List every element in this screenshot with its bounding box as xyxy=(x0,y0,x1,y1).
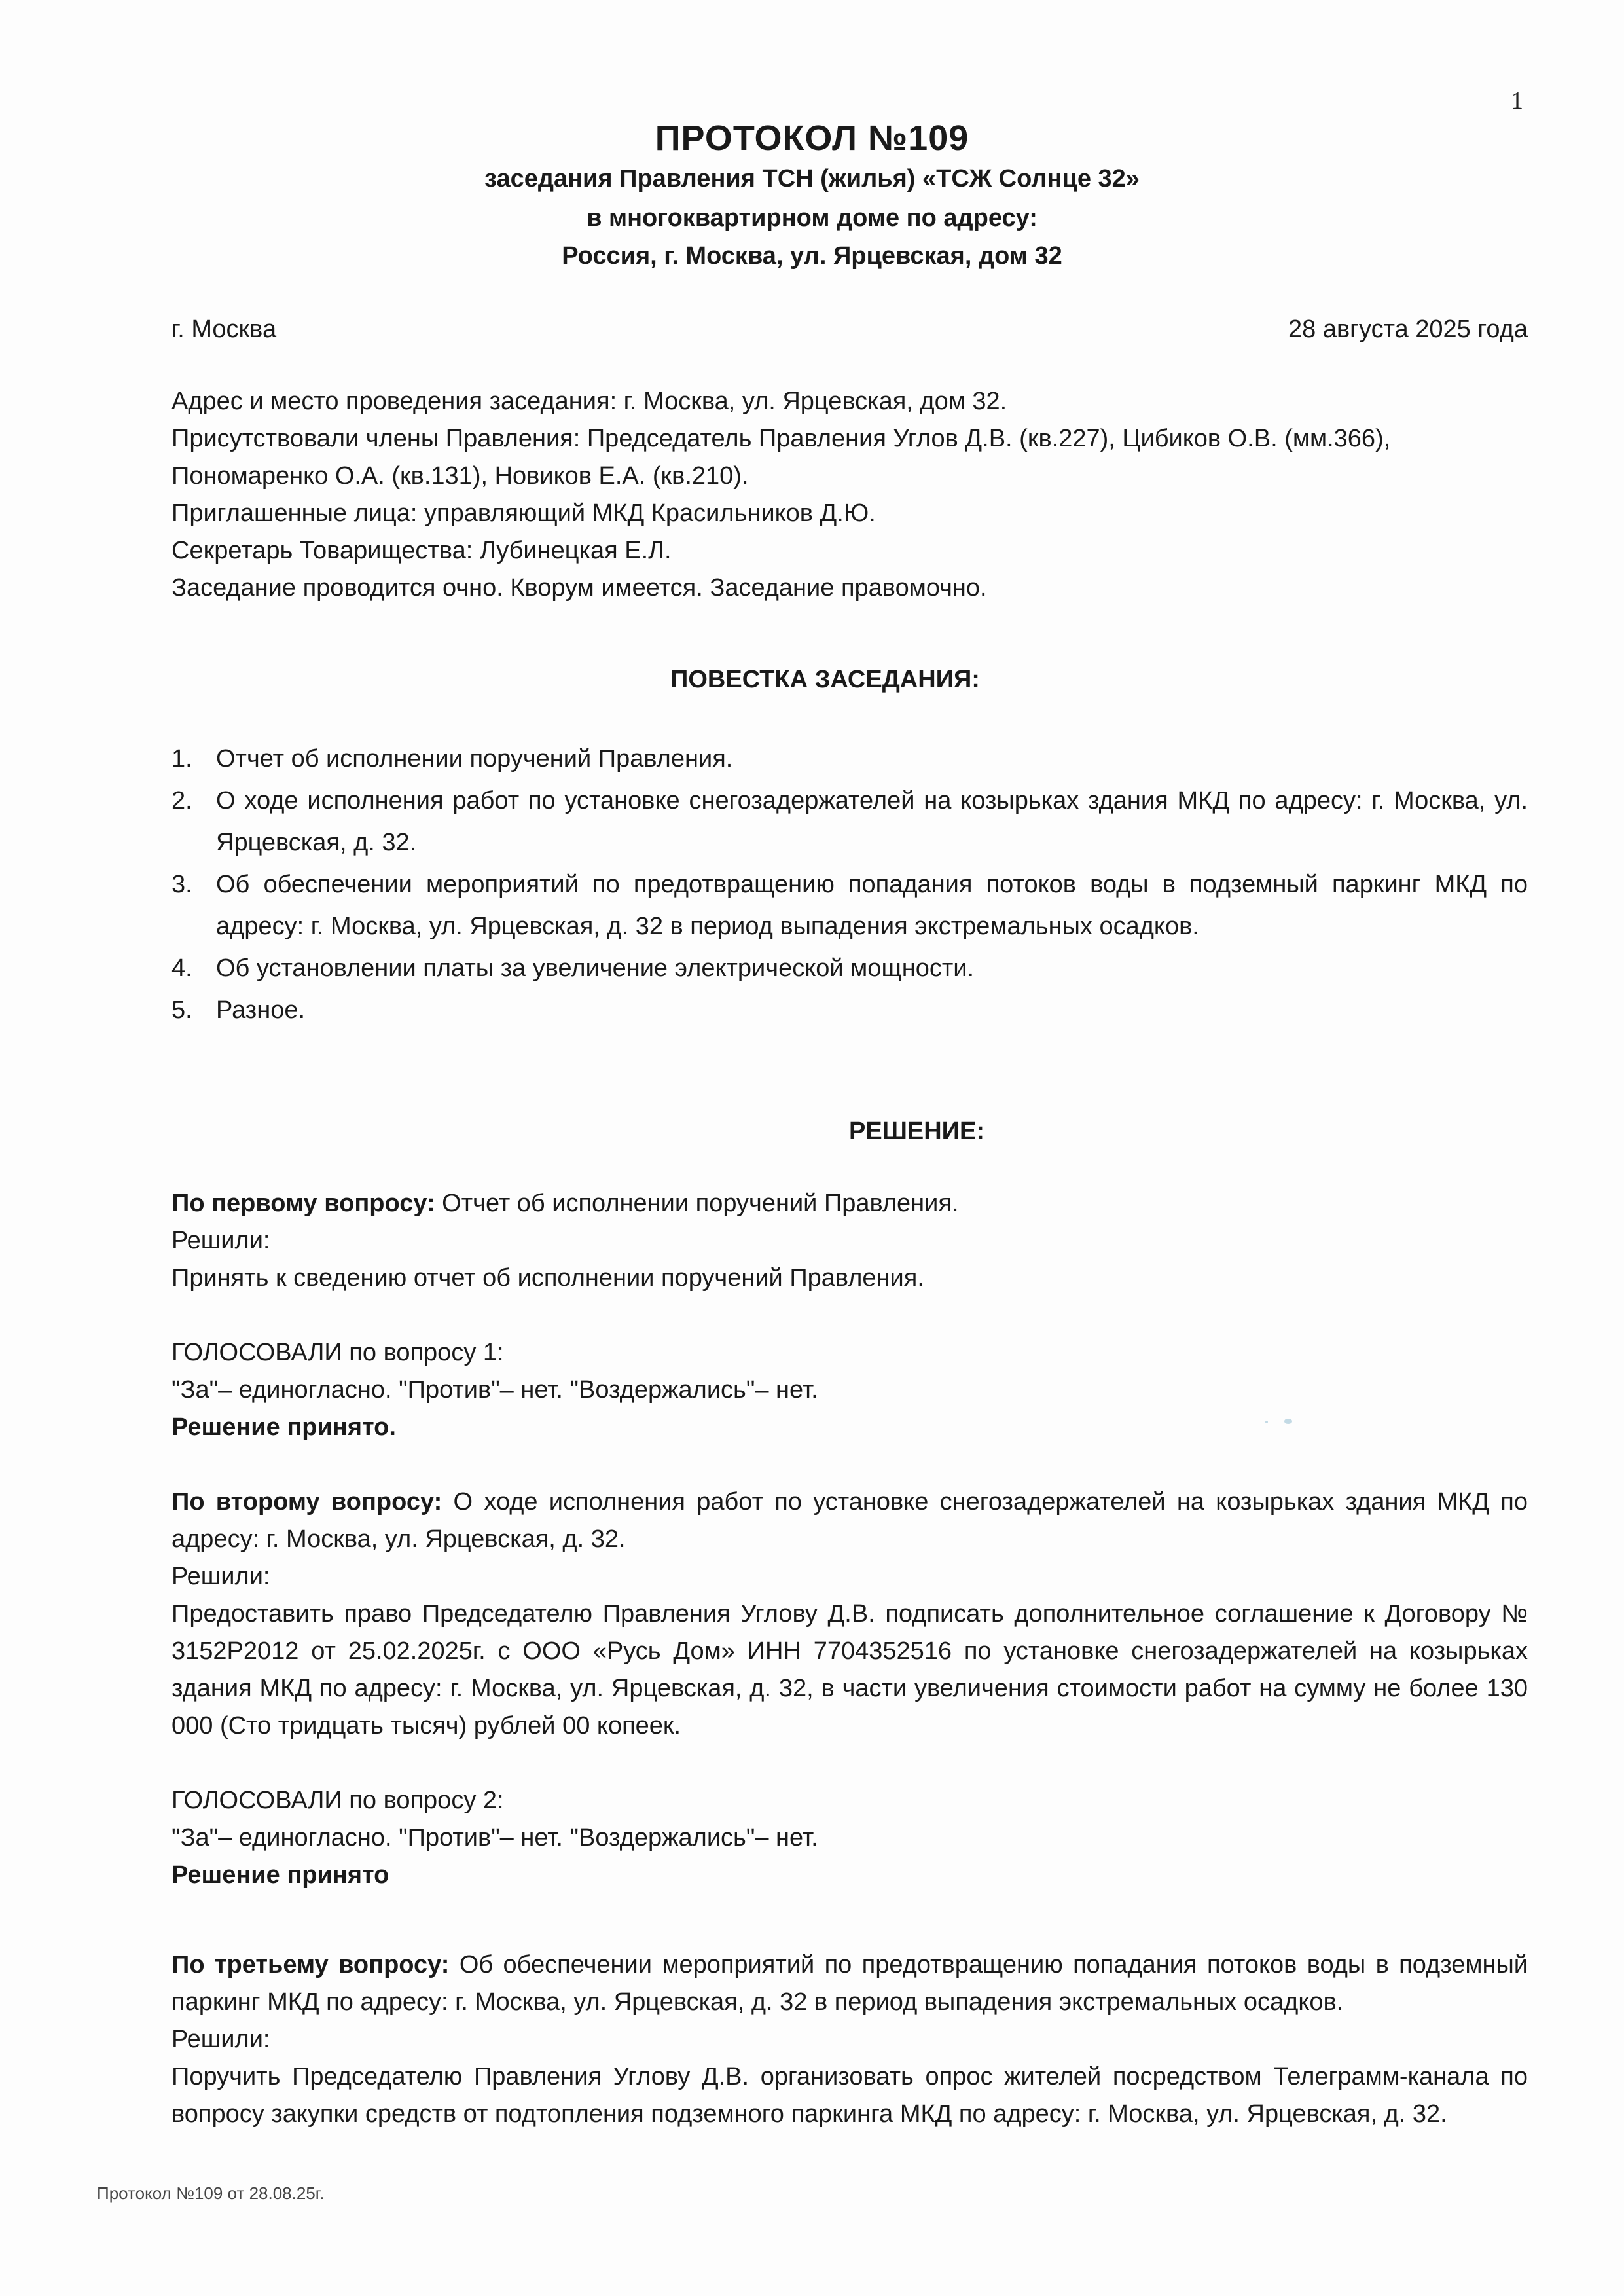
question-2-vote-label: ГОЛОСОВАЛИ по вопросу 2: xyxy=(171,1782,1528,1819)
question-3-resolution: Поручить Председателю Правления Углову Д… xyxy=(171,2058,1528,2133)
question-2-label: По второму вопросу: xyxy=(171,1488,442,1516)
document-subtitle-building: в многоквартирном доме по адресу: xyxy=(0,204,1624,232)
secretary: Секретарь Товарищества: Лубинецкая Е.Л. xyxy=(171,532,1528,570)
question-3-resolved-label: Решили: xyxy=(171,2021,1528,2058)
question-2-topic: По второму вопросу: О ходе исполнения ра… xyxy=(171,1484,1528,1558)
question-1-vote-result: "За"– единогласно. "Против"– нет. "Возде… xyxy=(171,1372,1528,1409)
agenda-heading: ПОВЕСТКА ЗАСЕДАНИЯ: xyxy=(13,666,1624,694)
agenda-item: 1.Отчет об исполнении поручений Правлени… xyxy=(216,738,1528,780)
question-2-vote-result: "За"– единогласно. "Против"– нет. "Возде… xyxy=(171,1819,1528,1857)
place-and-date: г. Москва 28 августа 2025 года xyxy=(171,311,1528,348)
page-number: 1 xyxy=(1511,86,1523,115)
place: г. Москва xyxy=(171,311,276,348)
question-3-label: По третьему вопросу: xyxy=(171,1951,449,1978)
meeting-location: Адрес и место проведения заседания: г. М… xyxy=(171,383,1528,420)
meeting-details: Адрес и место проведения заседания: г. М… xyxy=(171,383,1528,607)
agenda-item: 3.Об обеспечении мероприятий по предотвр… xyxy=(216,864,1528,947)
invited-persons: Приглашенные лица: управляющий МКД Краси… xyxy=(171,495,1528,532)
agenda-list: 1.Отчет об исполнении поручений Правлени… xyxy=(216,738,1528,1031)
question-1-resolution: Принять к сведению отчет об исполнении п… xyxy=(171,1260,1528,1297)
decisions-section: По первому вопросу: Отчет об исполнении … xyxy=(171,1185,1528,2133)
agenda-item: 4.Об установлении платы за увеличение эл… xyxy=(216,947,1528,989)
question-3-topic: По третьему вопросу: Об обеспечении меро… xyxy=(171,1946,1528,2021)
decision-heading: РЕШЕНИЕ: xyxy=(105,1118,1624,1146)
scan-artifact xyxy=(1284,1419,1292,1424)
question-2-resolution: Предоставить право Председателю Правлени… xyxy=(171,1595,1528,1745)
question-1-vote-label: ГОЛОСОВАЛИ по вопросу 1: xyxy=(171,1334,1528,1372)
question-1-label: По первому вопросу: xyxy=(171,1190,435,1217)
question-1-topic: По первому вопросу: Отчет об исполнении … xyxy=(171,1185,1528,1222)
question-1-outcome: Решение принято. xyxy=(171,1409,1528,1446)
document-page: 1 ПРОТОКОЛ №109 заседания Правления ТСН … xyxy=(0,0,1624,2296)
date: 28 августа 2025 года xyxy=(1288,311,1528,348)
agenda-item: 5.Разное. xyxy=(216,989,1528,1031)
question-2-resolved-label: Решили: xyxy=(171,1558,1528,1595)
agenda-item: 2.О ходе исполнения работ по установке с… xyxy=(216,780,1528,864)
scan-artifact xyxy=(1265,1421,1268,1423)
document-title: ПРОТОКОЛ №109 xyxy=(0,118,1624,158)
page-footer: Протокол №109 от 28.08.25г. xyxy=(97,2183,324,2204)
quorum-statement: Заседание проводится очно. Кворум имеетс… xyxy=(171,570,1528,607)
document-subtitle-organization: заседания Правления ТСН (жилья) «ТСЖ Сол… xyxy=(0,165,1624,193)
document-subtitle-address: Россия, г. Москва, ул. Ярцевская, дом 32 xyxy=(0,242,1624,270)
attendees: Присутствовали члены Правления: Председа… xyxy=(171,420,1528,495)
question-1-resolved-label: Решили: xyxy=(171,1222,1528,1260)
question-2-outcome: Решение принято xyxy=(171,1857,1528,1894)
